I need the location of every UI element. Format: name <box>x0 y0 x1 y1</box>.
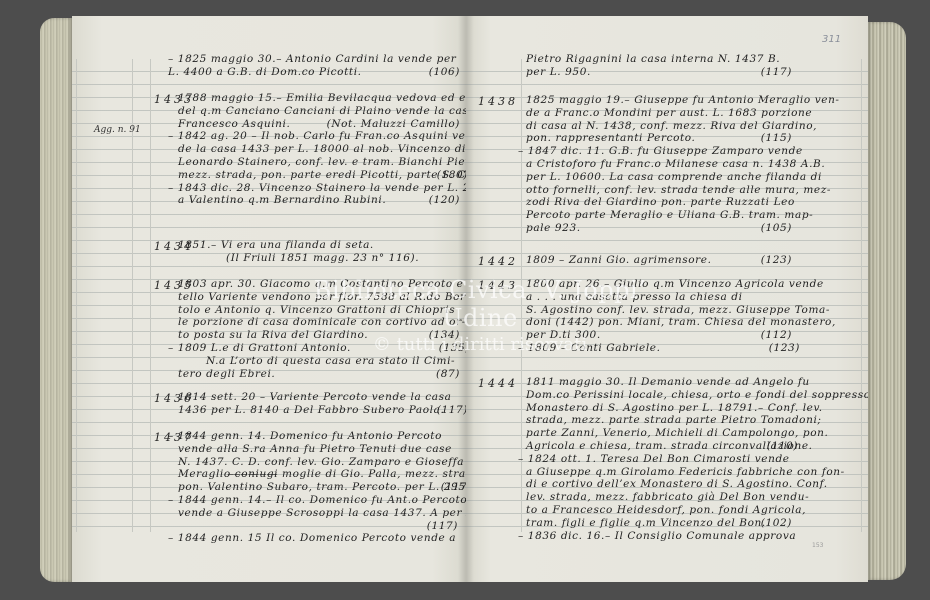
page-number: 311 <box>822 34 841 45</box>
entry-number: 1442 <box>478 255 518 268</box>
entry-number: 1444 <box>478 377 518 390</box>
margin-note: Agg. n. 91 <box>94 125 141 135</box>
entry-text: 1814 sett. 20 – Variente Percoto vende l… <box>178 391 466 417</box>
entry-text: Pietro Rigagnini la casa interna N. 1437… <box>526 53 792 79</box>
book-page-edges-right <box>868 22 906 580</box>
entry-text: 1851.– Vi era una filanda di seta. (Il F… <box>178 239 466 265</box>
margin-rule <box>150 59 151 532</box>
entry-text: – 1825 maggio 30.– Antonio Cardini la ve… <box>168 53 466 79</box>
open-ledger-book: Agg. n. 91 – 1825 maggio 30.– Antonio Ca… <box>40 16 906 586</box>
entry-text: 1803 apr. 30. Giacomo q.m Costantino Per… <box>178 278 466 380</box>
entry-text: 1800 apr. 26.– Giulio q.m Vincenzo Agric… <box>526 278 792 355</box>
entry-text: 1825 maggio 19.– Giuseppe fu Antonio Mer… <box>526 94 792 235</box>
entry-number: 1438 <box>478 95 518 108</box>
entry-text: 1788 maggio 15.– Emilia Bevilacqua vedov… <box>178 92 466 207</box>
entry-number: 1443 <box>478 279 518 292</box>
book-page-edges-left <box>40 18 72 582</box>
margin-rule <box>861 59 862 532</box>
entry-text: 1809 – Zanni Gio. agrimensore.(123) <box>526 254 792 267</box>
right-page: 311 153 Pietro Rigagnini la casa interna… <box>466 16 868 582</box>
entry-text: 1811 maggio 30. Il Demanio vende ad Ange… <box>526 376 792 542</box>
left-page: Agg. n. 91 – 1825 maggio 30.– Antonio Ca… <box>72 16 466 582</box>
book-gutter <box>458 16 474 582</box>
margin-rule <box>76 59 77 532</box>
entry-text: – 1844 genn. 14. Domenico fu Antonio Per… <box>168 430 466 545</box>
page-number-bottom: 153 <box>812 542 823 549</box>
